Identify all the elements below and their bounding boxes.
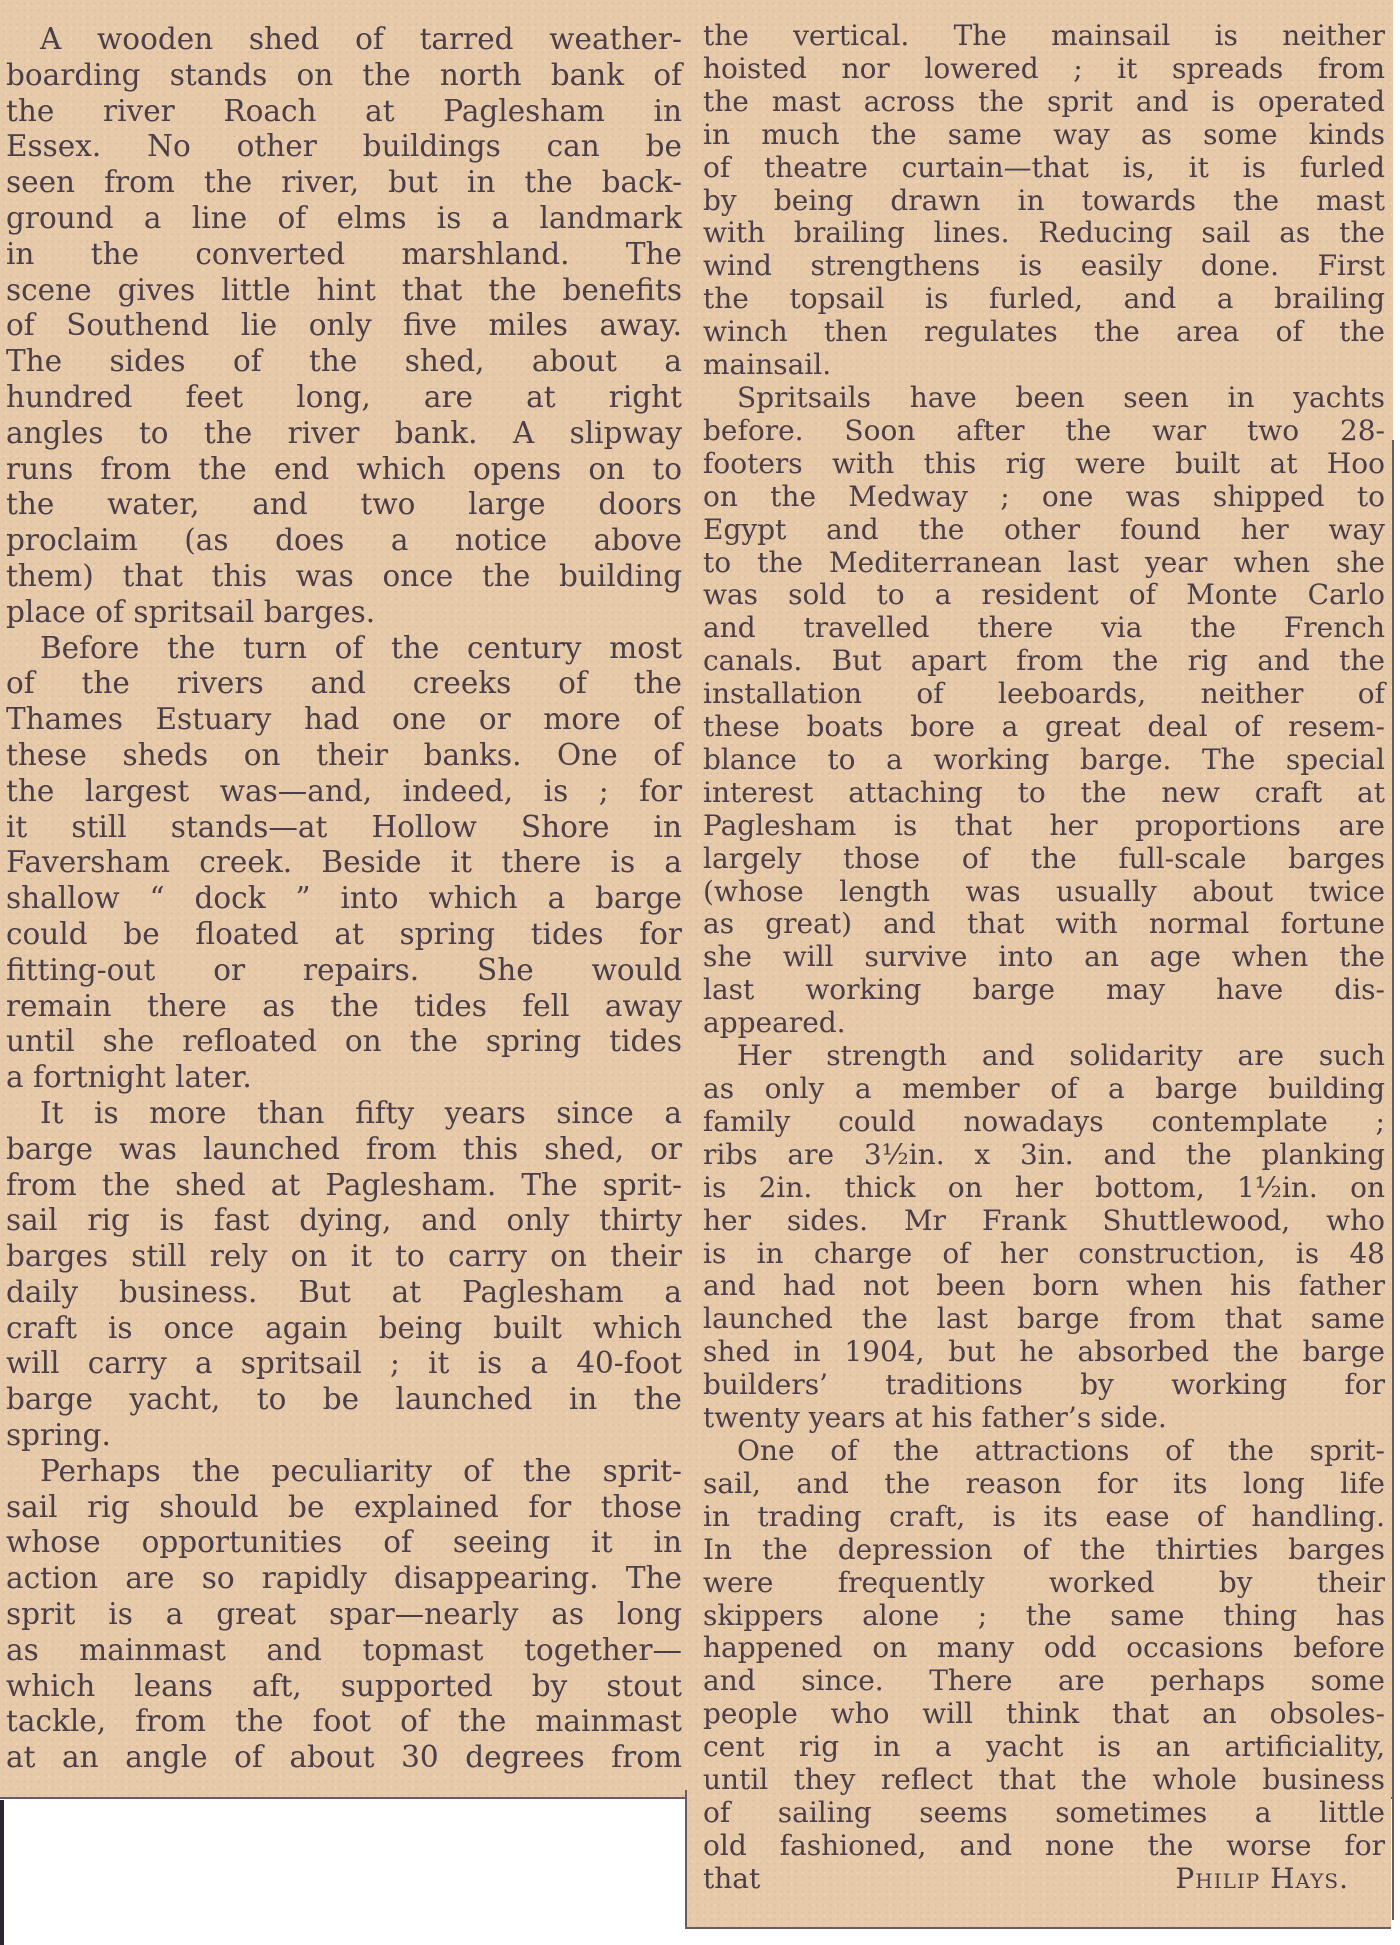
article-line: appeared.: [703, 1007, 1385, 1040]
article-line: as mainmast and topmast together—: [6, 1633, 682, 1669]
article-column-right: the vertical. The mainsail is neitherhoi…: [703, 20, 1385, 1896]
article-line: as great) and that with normal fortune: [703, 908, 1385, 941]
article-line: hundred feet long, are at right: [6, 380, 682, 416]
article-line: mainsail.: [703, 349, 1385, 382]
article-line: installation of leeboards, neither of: [703, 678, 1385, 711]
article-line: action are so rapidly disappearing. The: [6, 1561, 682, 1597]
article-line: were frequently worked by their: [703, 1567, 1385, 1600]
article-line: could be floated at spring tides for: [6, 917, 682, 953]
article-line: proclaim (as does a notice above: [6, 523, 682, 559]
article-line: It is more than fifty years since a: [6, 1096, 682, 1132]
article-line: sail rig should be explained for those: [6, 1490, 682, 1526]
article-line: wind strengthens is easily done. First: [703, 250, 1385, 283]
article-line: canals. But apart from the rig and the: [703, 645, 1385, 678]
article-line: shallow “ dock ” into which a barge: [6, 881, 682, 917]
article-line: is 2in. thick on her bottom, 1½in. on: [703, 1172, 1385, 1205]
article-line: the largest was—and, indeed, is ; for: [6, 774, 682, 810]
article-line: on the Medway ; one was shipped to: [703, 481, 1385, 514]
article-line: tackle, from the foot of the mainmast: [6, 1704, 682, 1740]
article-line: Perhaps the peculiarity of the sprit-: [6, 1454, 682, 1490]
article-line: of sailing seems sometimes a little: [703, 1797, 1385, 1830]
article-line: was sold to a resident of Monte Carlo: [703, 579, 1385, 612]
article-line: interest attaching to the new craft at: [703, 777, 1385, 810]
article-line: these boats bore a great deal of resem-: [703, 711, 1385, 744]
article-line: Before the turn of the century most: [6, 631, 682, 667]
article-line: daily business. But at Paglesham a: [6, 1275, 682, 1311]
article-line: largely those of the full-scale barges: [703, 843, 1385, 876]
article-line: place of spritsail barges.: [6, 595, 682, 631]
article-line: the mast across the sprit and is operate…: [703, 86, 1385, 119]
article-line: ribs are 3½in. x 3in. and the planking: [703, 1139, 1385, 1172]
article-line: and travelled there via the French: [703, 612, 1385, 645]
author-byline: Philip Hays.: [1175, 1863, 1349, 1896]
article-line: Faversham creek. Beside it there is a: [6, 845, 682, 881]
article-line: Thames Estuary had one or more of: [6, 702, 682, 738]
article-line: shed in 1904, but he absorbed the barge: [703, 1336, 1385, 1369]
article-line: thatPhilip Hays.: [703, 1863, 1385, 1896]
article-line: craft is once again being built which: [6, 1311, 682, 1347]
article-line: barge was launched from this shed, or: [6, 1132, 682, 1168]
article-line: and had not been born when his father: [703, 1270, 1385, 1303]
article-line: last working barge may have dis-: [703, 974, 1385, 1007]
article-line: Essex. No other buildings can be: [6, 129, 682, 165]
article-line: before. Soon after the war two 28-: [703, 415, 1385, 448]
article-line: twenty years at his father’s side.: [703, 1402, 1385, 1435]
article-line: seen from the river, but in the back-: [6, 165, 682, 201]
article-line: which leans aft, supported by stout: [6, 1669, 682, 1705]
article-line: in much the same way as some kinds: [703, 119, 1385, 152]
article-line: The sides of the shed, about a: [6, 344, 682, 380]
article-line: barge yacht, to be launched in the: [6, 1382, 682, 1418]
article-line: them) that this was once the building: [6, 559, 682, 595]
article-line: blance to a working barge. The special: [703, 744, 1385, 777]
article-line: of the rivers and creeks of the: [6, 666, 682, 702]
article-column-left: A wooden shed of tarred weather-boarding…: [6, 22, 682, 1776]
article-line: (whose length was usually about twice: [703, 876, 1385, 909]
article-line: sail, and the reason for its long life: [703, 1468, 1385, 1501]
article-line: will carry a spritsail ; it is a 40-foot: [6, 1346, 682, 1382]
article-line: family could nowadays contemplate ;: [703, 1106, 1385, 1139]
article-line: until they reflect that the whole busine…: [703, 1764, 1385, 1797]
article-line: scene gives little hint that the benefit…: [6, 273, 682, 309]
article-line: remain there as the tides fell away: [6, 989, 682, 1025]
article-line: of theatre curtain—that is, it is furled: [703, 152, 1385, 185]
article-line: hoisted nor lowered ; it spreads from: [703, 53, 1385, 86]
article-line: by being drawn in towards the mast: [703, 185, 1385, 218]
article-line: Paglesham is that her proportions are: [703, 810, 1385, 843]
article-line: whose opportunities of seeing it in: [6, 1525, 682, 1561]
article-line: runs from the end which opens on to: [6, 452, 682, 488]
article-line: barges still rely on it to carry on thei…: [6, 1239, 682, 1275]
article-line: sprit is a great spar—nearly as long: [6, 1597, 682, 1633]
article-line: spring.: [6, 1418, 682, 1454]
article-line: old fashioned, and none the worse for: [703, 1830, 1385, 1863]
article-line: Egypt and the other found her way: [703, 514, 1385, 547]
article-line: people who will think that an obsoles-: [703, 1698, 1385, 1731]
article-line: the vertical. The mainsail is neither: [703, 20, 1385, 53]
article-line: Her strength and solidarity are such: [703, 1040, 1385, 1073]
article-line: launched the last barge from that same: [703, 1303, 1385, 1336]
article-line: fitting-out or repairs. She would: [6, 953, 682, 989]
article-line: angles to the river bank. A slipway: [6, 416, 682, 452]
article-line: is in charge of her construction, is 48: [703, 1238, 1385, 1271]
article-line: until she refloated on the spring tides: [6, 1024, 682, 1060]
article-line: footers with this rig were built at Hoo: [703, 448, 1385, 481]
article-line: to the Mediterranean last year when she: [703, 547, 1385, 580]
article-line: her sides. Mr Frank Shuttlewood, who: [703, 1205, 1385, 1238]
article-line: a fortnight later.: [6, 1060, 682, 1096]
clipping-right-edge: [1392, 440, 1394, 1920]
article-line: the water, and two large doors: [6, 487, 682, 523]
article-line: A wooden shed of tarred weather-: [6, 22, 682, 58]
article-line: winch then regulates the area of the: [703, 316, 1385, 349]
article-line: Spritsails have been seen in yachts: [703, 382, 1385, 415]
article-line: sail rig is fast dying, and only thirty: [6, 1203, 682, 1239]
article-line: ground a line of elms is a landmark: [6, 201, 682, 237]
article-line: the river Roach at Paglesham in: [6, 94, 682, 130]
article-line: with brailing lines. Reducing sail as th…: [703, 217, 1385, 250]
article-line: One of the attractions of the sprit-: [703, 1435, 1385, 1468]
scan-left-edge: [0, 1800, 4, 1945]
article-line: In the depression of the thirties barges: [703, 1534, 1385, 1567]
article-line: skippers alone ; the same thing has: [703, 1600, 1385, 1633]
article-line: builders’ traditions by working for: [703, 1369, 1385, 1402]
article-line: it still stands—at Hollow Shore in: [6, 810, 682, 846]
article-line: of Southend lie only five miles away.: [6, 308, 682, 344]
article-line: in the converted marshland. The: [6, 237, 682, 273]
article-line: as only a member of a barge building: [703, 1073, 1385, 1106]
article-line: from the shed at Paglesham. The sprit-: [6, 1168, 682, 1204]
article-line: happened on many odd occasions before: [703, 1632, 1385, 1665]
article-line: in trading craft, is its ease of handlin…: [703, 1501, 1385, 1534]
article-line: these sheds on their banks. One of: [6, 738, 682, 774]
article-line: the topsail is furled, and a brailing: [703, 283, 1385, 316]
article-line: she will survive into an age when the: [703, 941, 1385, 974]
article-line: at an angle of about 30 degrees from: [6, 1740, 682, 1776]
article-line: boarding stands on the north bank of: [6, 58, 682, 94]
article-line: cent rig in a yacht is an artificiality,: [703, 1731, 1385, 1764]
article-line: and since. There are perhaps some: [703, 1665, 1385, 1698]
